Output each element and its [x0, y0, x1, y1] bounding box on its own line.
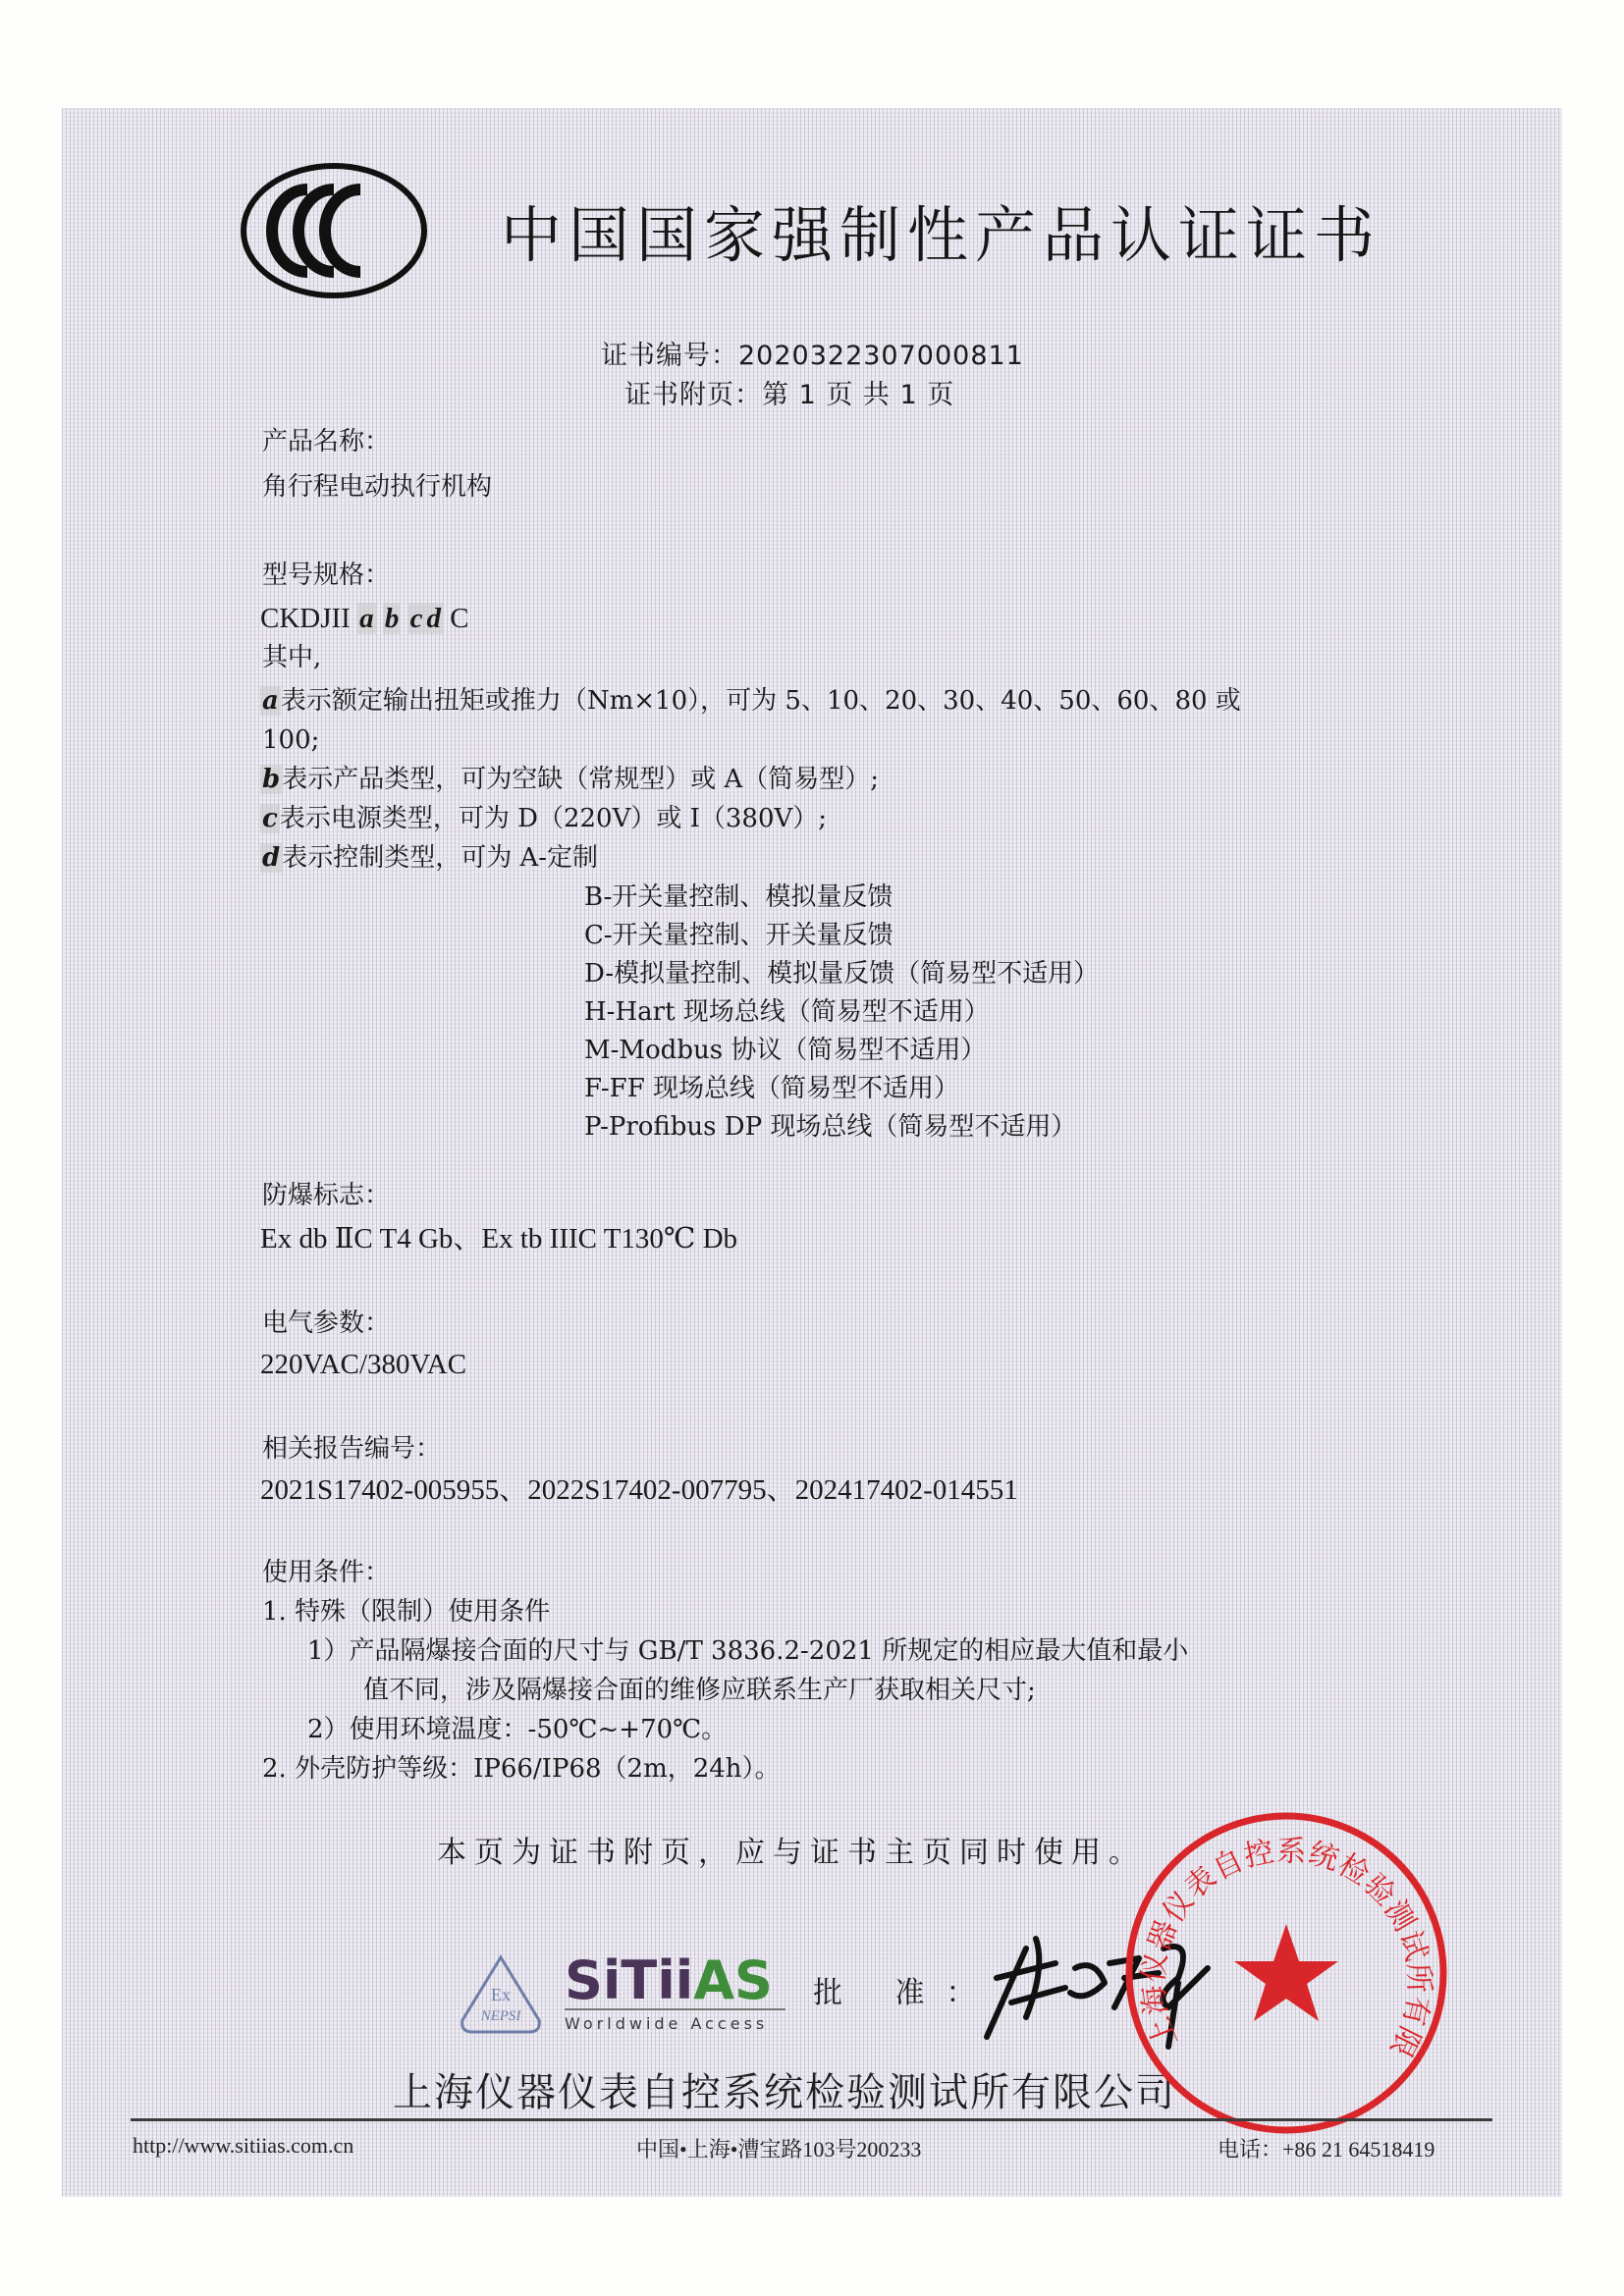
attachment-pages: 第 1 页 共 1 页	[762, 380, 954, 410]
red-seal-star-icon: 上海仪器仪表自控系统检验测试所有限公司	[1119, 1806, 1453, 2140]
svg-text:NEPSI: NEPSI	[480, 2008, 522, 2024]
d-option: F-FF 现场总线（简易型不适用）	[584, 1071, 959, 1106]
footer-website[interactable]: http://www.sitiias.com.cn	[133, 2133, 353, 2159]
attachment-page-info: 证书附页：第 1 页 共 1 页	[624, 373, 954, 411]
sitiias-wordmark: SiTiiAS	[565, 1953, 785, 2008]
sitiias-logo: SiTiiAS Worldwide Access	[565, 1953, 785, 2033]
model-a-description-cont: 100;	[262, 722, 319, 758]
electrical-value: 220VAC/380VAC	[260, 1347, 466, 1382]
model-a-description: a表示额定输出扭矩或推力（Nm×10），可为 5、10、20、30、40、50、…	[260, 683, 1241, 719]
footer-phone: 电话：+86 21 64518419	[1218, 2133, 1435, 2163]
condition-1-2: 2）使用环境温度：-50℃~+70℃。	[307, 1712, 727, 1747]
d-option: P-Profibus DP 现场总线（简易型不适用）	[584, 1109, 1076, 1145]
var-a: a	[260, 686, 281, 716]
model-var-b: b	[383, 603, 402, 634]
model-var-a: a	[357, 603, 376, 634]
footer-address: 中国•上海•漕宝路103号200233	[636, 2133, 921, 2163]
model-prefix: CKDJII	[260, 603, 351, 634]
model-suffix: C	[450, 603, 468, 634]
footer-divider	[131, 2118, 1492, 2121]
attachment-notice: 本页为证书附页，应与证书主页同时使用。	[437, 1828, 1146, 1871]
model-label: 型号规格：	[262, 558, 390, 593]
d-option: H-Hart 现场总线（简易型不适用）	[584, 994, 990, 1030]
condition-1: 1. 特殊（限制）使用条件	[262, 1594, 550, 1629]
d-option: B-开关量控制、模拟量反馈	[584, 880, 893, 915]
explosion-proof-value: Ex db ⅡC T4 Gb、Ex tb IIIC T130℃ Db	[260, 1221, 737, 1256]
model-var-d: d	[424, 603, 443, 634]
condition-1-1-cont: 值不同，涉及隔爆接合面的维修应联系生产厂获取相关尺寸;	[363, 1673, 1036, 1708]
model-where: 其中,	[262, 640, 321, 675]
model-b-description: b表示产品类型，可为空缺（常规型）或 A（简易型）;	[260, 762, 879, 797]
condition-2: 2. 外壳防护等级：IP66/IP68（2m，24h）。	[262, 1751, 781, 1787]
svg-text:Ex: Ex	[491, 1985, 511, 2004]
electrical-label: 电气参数：	[262, 1306, 390, 1341]
model-code: CKDJII a b cd C	[260, 601, 469, 636]
conditions-label: 使用条件：	[262, 1555, 390, 1590]
model-c-description: c表示电源类型，可为 D（220V）或 I（380V）;	[260, 801, 827, 836]
sitiias-tagline: Worldwide Access	[565, 2008, 785, 2033]
var-d: d	[260, 843, 282, 873]
nepsi-ex-logo-icon: Ex NEPSI	[457, 1953, 545, 2037]
d-option: C-开关量控制、开关量反馈	[584, 918, 893, 953]
d-option: D-模拟量控制、模拟量反馈（简易型不适用）	[584, 956, 1099, 991]
model-var-c: c	[408, 603, 425, 634]
reports-value: 2021S17402-005955、2022S17402-007795、2024…	[260, 1472, 1018, 1508]
certificate-number: 证书编号：2020322307000811	[601, 334, 1024, 372]
certificate-title: 中国国家强制性产品认证证书	[501, 187, 1381, 274]
reports-label: 相关报告编号：	[262, 1431, 441, 1467]
product-name: 角行程电动执行机构	[262, 469, 492, 505]
issuer-company-name: 上海仪器仪表自控系统检验测试所有限公司	[393, 2061, 1176, 2117]
d-option: M-Modbus 协议（简易型不适用）	[584, 1033, 986, 1068]
attachment-label: 证书附页：	[624, 380, 762, 410]
product-name-label: 产品名称：	[262, 424, 390, 459]
var-c: c	[260, 804, 280, 833]
var-b: b	[260, 765, 282, 794]
model-d-description: d表示控制类型，可为 A-定制	[260, 840, 598, 876]
certificate-number-label: 证书编号：	[601, 341, 738, 371]
svg-text:上海仪器仪表自控系统检验测试所有限公司: 上海仪器仪表自控系统检验测试所有限公司	[1119, 1806, 1435, 2063]
condition-1-1: 1）产品隔爆接合面的尺寸与 GB/T 3836.2-2021 所规定的相应最大值…	[307, 1633, 1188, 1669]
ccc-mark-icon	[239, 162, 429, 299]
certificate-number-value: 2020322307000811	[738, 341, 1024, 371]
explosion-proof-label: 防爆标志：	[262, 1178, 390, 1213]
